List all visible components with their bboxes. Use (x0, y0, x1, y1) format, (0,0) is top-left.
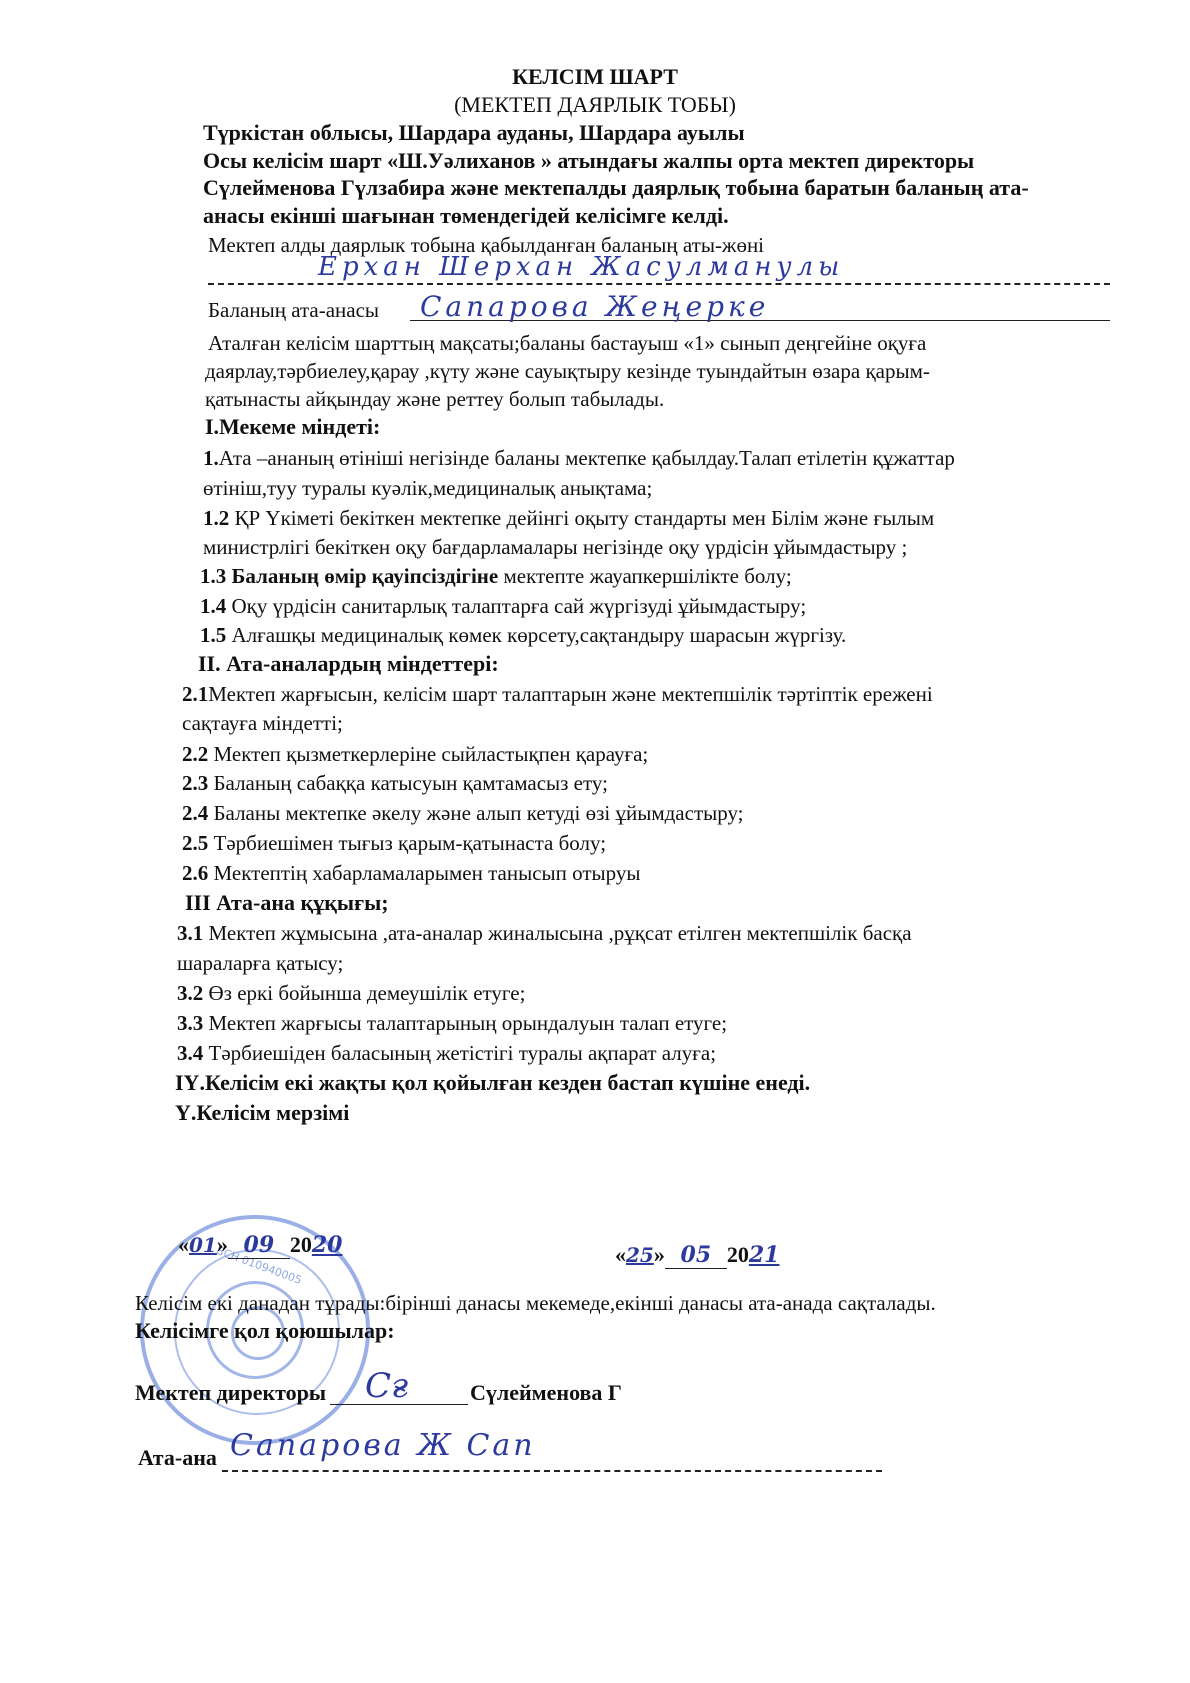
intro-line-2: Сүлейменова Гүлзабира және мектепалды да… (203, 175, 1029, 201)
contract-page: КЕЛСІМ ШАРТ (МЕКТЕП ДАЯРЛЫК ТОБЫ) Түркіс… (0, 0, 1190, 1683)
section-1-item-1-cont: өтініш,туу туралы куәлік,медициналық аны… (203, 475, 652, 501)
parent-name-value: Сапарова Жеңерке (420, 290, 769, 323)
section-3-item-2: 3.2 Өз еркі бойынша демеушілік етуге; (177, 980, 525, 1006)
parent-signature-line (222, 1470, 882, 1472)
copies-note: Келісім екі данадан тұрады:бірінші данас… (135, 1290, 936, 1316)
section-1-heading: І.Мекеме міндеті: (205, 414, 380, 440)
section-5-heading: Ү.Келісім мерзімі (175, 1100, 349, 1126)
section-2-item-1-cont: сақтауға міндетті; (182, 710, 343, 736)
section-3-item-1: 3.1 Мектеп жұмысына ,ата-аналар жиналысы… (177, 920, 912, 946)
section-2-item-2: 2.2 Мектеп қызметкерлеріне сыйластықпен … (182, 741, 648, 767)
director-label: Мектеп директоры (135, 1380, 326, 1406)
child-name-line (208, 283, 1110, 285)
section-1-item-4: 1.4 Оқу үрдісін санитарлық талаптарға са… (200, 593, 806, 619)
term-start-date: «01»092020 (178, 1232, 342, 1259)
section-4-text: ІҮ.Келісім екі жақты қол қойылған кезден… (175, 1070, 810, 1096)
section-1-item-2: 1.2 ҚР Үкіметі бекіткен мектепке дейінгі… (203, 505, 934, 531)
section-1-item-3: 1.3 Баланың өмір қауіпсіздігіне мектепте… (200, 563, 792, 589)
document-subtitle: (МЕКТЕП ДАЯРЛЫК ТОБЫ) (0, 92, 1190, 118)
director-signature: Сғ (365, 1366, 408, 1406)
section-2-item-4: 2.4 Баланы мектепке әкелу және алып кету… (182, 800, 744, 826)
parent-signature-label: Ата-ана (138, 1445, 217, 1471)
child-name-value: Ерхан Шерхан Жасулманулы (318, 252, 844, 282)
section-3-item-4: 3.4 Тәрбиешіден баласының жетістігі тура… (177, 1040, 716, 1066)
signers-heading: Келісімге қол қоюшылар: (135, 1318, 395, 1344)
location-line: Түркістан облысы, Шардара ауданы, Шардар… (203, 120, 745, 146)
section-3-item-3: 3.3 Мектеп жарғысы талаптарының орындалу… (177, 1010, 727, 1036)
parent-name-label: Баланың ата-анасы (208, 297, 379, 323)
purpose-line-2: даярлау,тәрбиелеу,қарау ,күту және сауық… (205, 358, 930, 384)
section-1-item-5: 1.5 Алғашқы медициналық көмек көрсету,са… (200, 622, 846, 648)
section-2-item-3: 2.3 Баланың сабаққа катысуын қамтамасыз … (182, 770, 608, 796)
section-1-item-2-cont: министрлігі бекіткен оқу бағдарламалары … (203, 534, 907, 560)
term-end-date: «25»052021 (615, 1242, 779, 1269)
section-1-item-1: 1.Ата –ананың өтініші негізінде баланы м… (203, 445, 955, 471)
purpose-line-3: қатынасты айқындау және реттеу болып таб… (205, 386, 664, 412)
intro-line-3: анасы екінші шағынан төмендегідей келісі… (203, 203, 729, 229)
section-2-item-5: 2.5 Тәрбиешімен тығыз қарым-қатынаста бо… (182, 830, 606, 856)
section-2-heading: ІІ. Ата-аналардың міндеттері: (198, 651, 499, 677)
section-3-heading: ІІІ Ата-ана құқығы; (185, 890, 389, 916)
section-2-item-1: 2.1Мектеп жарғысын, келісім шарт талапта… (182, 681, 933, 707)
purpose-line-1: Аталған келісім шарттың мақсаты;баланы б… (208, 330, 926, 356)
section-3-item-1-cont: шараларға қатысу; (177, 950, 343, 976)
director-name: Сүлейменова Г (470, 1380, 622, 1406)
intro-line-1: Осы келісім шарт «Ш.Уәлиханов » атындағы… (203, 148, 974, 174)
parent-signature: Сапарова Ж Сап (230, 1428, 536, 1463)
document-title: КЕЛСІМ ШАРТ (0, 64, 1190, 90)
section-2-item-6: 2.6 Мектептің хабарламаларымен танысып о… (182, 860, 640, 886)
